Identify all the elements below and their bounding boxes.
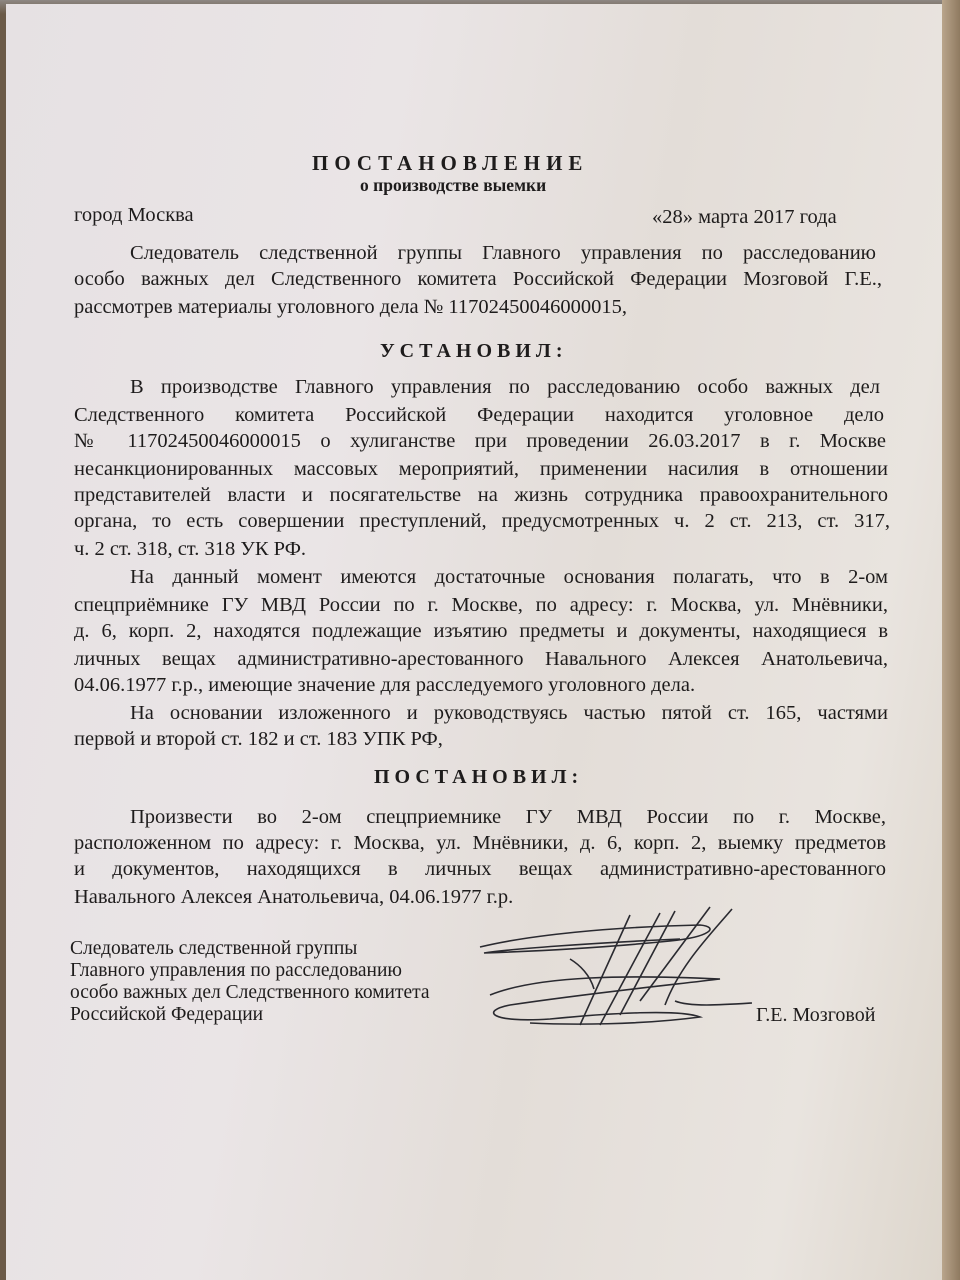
resolved-p1-line: расположенном по адресу: г. Москва, ул. …: [74, 830, 886, 857]
established-p2-line: 04.06.1977 г.р., имеющие значение для ра…: [74, 672, 695, 699]
intro-line: рассмотрев материалы уголовного дела № 1…: [74, 294, 627, 321]
established-p1-line: Следственного комитета Российской Федера…: [74, 402, 884, 429]
signatory-position-line: Российской Федерации: [70, 1004, 263, 1026]
photo-background-edge: [942, 0, 960, 1280]
signatory-position-line: Следователь следственной группы: [70, 938, 357, 960]
signatory-name: Г.Е. Мозговой: [756, 1004, 875, 1026]
established-p1-line: органа, то есть совершении преступлений,…: [74, 508, 890, 535]
established-p2-line: На данный момент имеются достаточные осн…: [130, 564, 888, 591]
established-p1-line: представителей власти и посягательстве н…: [74, 482, 888, 509]
established-heading: УСТАНОВИЛ:: [380, 338, 567, 365]
intro-line: Следователь следственной группы Главного…: [130, 240, 876, 267]
intro-line: особо важных дел Следственного комитета …: [74, 266, 882, 293]
signatory-position-line: особо важных дел Следственного комитета: [70, 982, 430, 1004]
document-page: ПОСТАНОВЛЕНИЕ о производстве выемки горо…: [6, 4, 942, 1280]
established-p2-line: спецприёмнике ГУ МВД России по г. Москве…: [74, 592, 888, 619]
document-subtitle: о производстве выемки: [360, 172, 546, 199]
established-p1-line: № 11702450046000015 о хулиганстве при пр…: [74, 428, 886, 455]
signatory-position-line: Главного управления по расследованию: [70, 960, 402, 982]
established-p3-line: На основании изложенного и руководствуяс…: [130, 700, 888, 727]
city: город Москва: [74, 202, 194, 229]
established-p2-line: личных вещах административно-арестованно…: [74, 646, 888, 673]
date: «28» марта 2017 года: [652, 204, 837, 231]
resolved-p1-line: Навального Алексея Анатольевича, 04.06.1…: [74, 884, 513, 911]
established-p1-line: ч. 2 ст. 318, ст. 318 УК РФ.: [74, 536, 306, 563]
established-p1-line: несанкционированных массовых мероприятий…: [74, 456, 888, 483]
resolved-heading: ПОСТАНОВИЛ:: [374, 764, 583, 791]
resolved-p1-line: и документов, находящихся в личных вещах…: [74, 856, 886, 883]
handwritten-signature-icon: [470, 905, 770, 1035]
resolved-p1-line: Произвести во 2-ом спецприемнике ГУ МВД …: [130, 804, 886, 831]
established-p2-line: д. 6, корп. 2, находятся подлежащие изъя…: [74, 618, 888, 645]
established-p1-line: В производстве Главного управления по ра…: [130, 374, 880, 401]
established-p3-line: первой и второй ст. 182 и ст. 183 УПК РФ…: [74, 726, 443, 753]
